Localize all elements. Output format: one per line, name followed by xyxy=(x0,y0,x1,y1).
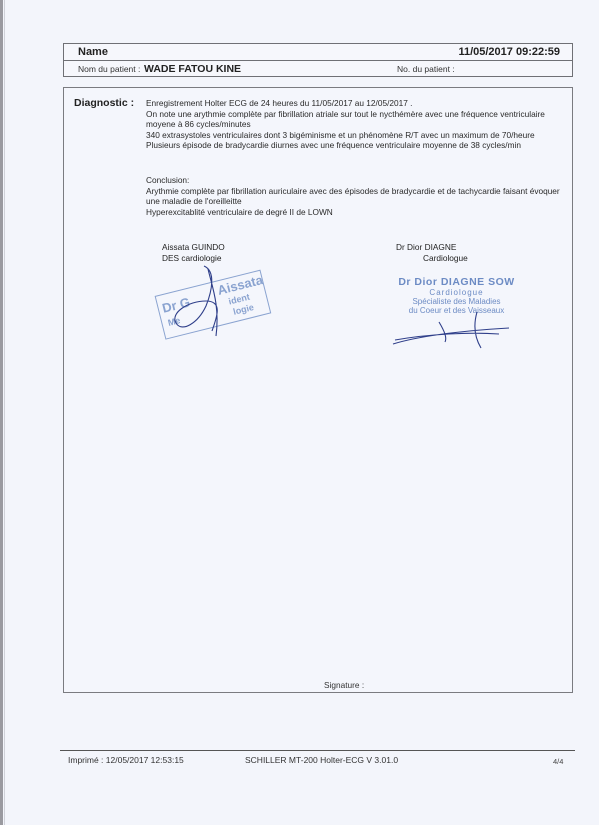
signatory-2-name: Dr Dior DIAGNE xyxy=(396,242,456,252)
signatory-2-title: Cardiologue xyxy=(423,253,468,263)
scan-edge xyxy=(0,0,3,825)
header-title-row: Name 11/05/2017 09:22:59 xyxy=(64,44,572,61)
signature-label: Signature : xyxy=(324,680,364,690)
patient-name-label: Nom du patient : xyxy=(78,64,140,74)
conclusion-line: Hyperexcitablité ventriculaire de degré … xyxy=(146,207,566,218)
diagnostic-line: On note une arythmie complète par fibril… xyxy=(146,109,566,130)
diagnostic-line: 340 extrasystoles ventriculaires dont 3 … xyxy=(146,130,566,141)
conclusion-line: Arythmie complète par fibrillation auric… xyxy=(146,186,566,207)
stamp-signature-1: Dr G Aissata Me ident logie xyxy=(146,261,276,341)
patient-number-label: No. du patient : xyxy=(397,64,455,74)
patient-header: Name 11/05/2017 09:22:59 Nom du patient … xyxy=(63,43,573,77)
diagnostic-box: Diagnostic : Enregistrement Holter ECG d… xyxy=(63,87,573,693)
footer-divider xyxy=(60,750,575,751)
name-label: Name xyxy=(78,46,108,58)
scan-edge-shadow xyxy=(4,0,5,825)
report-datetime: 11/05/2017 09:22:59 xyxy=(458,46,560,58)
printed-timestamp: Imprimé : 12/05/2017 12:53:15 xyxy=(68,755,184,765)
signatory-1-name: Aissata GUINDO xyxy=(162,242,225,252)
handwritten-signature-2 xyxy=(389,276,524,351)
diagnostic-text: Enregistrement Holter ECG de 24 heures d… xyxy=(146,98,566,151)
stamp-signature-2: Dr Dior DIAGNE SOW Cardiologue Spécialis… xyxy=(389,276,524,351)
diagnostic-label: Diagnostic : xyxy=(74,97,134,109)
software-version: SCHILLER MT-200 Holter-ECG V 3.01.0 xyxy=(245,755,398,765)
diagnostic-line: Plusieurs épisode de bradycardie diurnes… xyxy=(146,140,566,151)
page-number: 4/4 xyxy=(553,757,563,766)
conclusion-label: Conclusion: xyxy=(146,175,566,186)
diagnostic-line: Enregistrement Holter ECG de 24 heures d… xyxy=(146,98,566,109)
patient-name: WADE FATOU KINE xyxy=(144,63,241,75)
conclusion-text: Conclusion: Arythmie complète par fibril… xyxy=(146,175,566,217)
header-patient-row: Nom du patient : WADE FATOU KINE No. du … xyxy=(64,61,572,77)
